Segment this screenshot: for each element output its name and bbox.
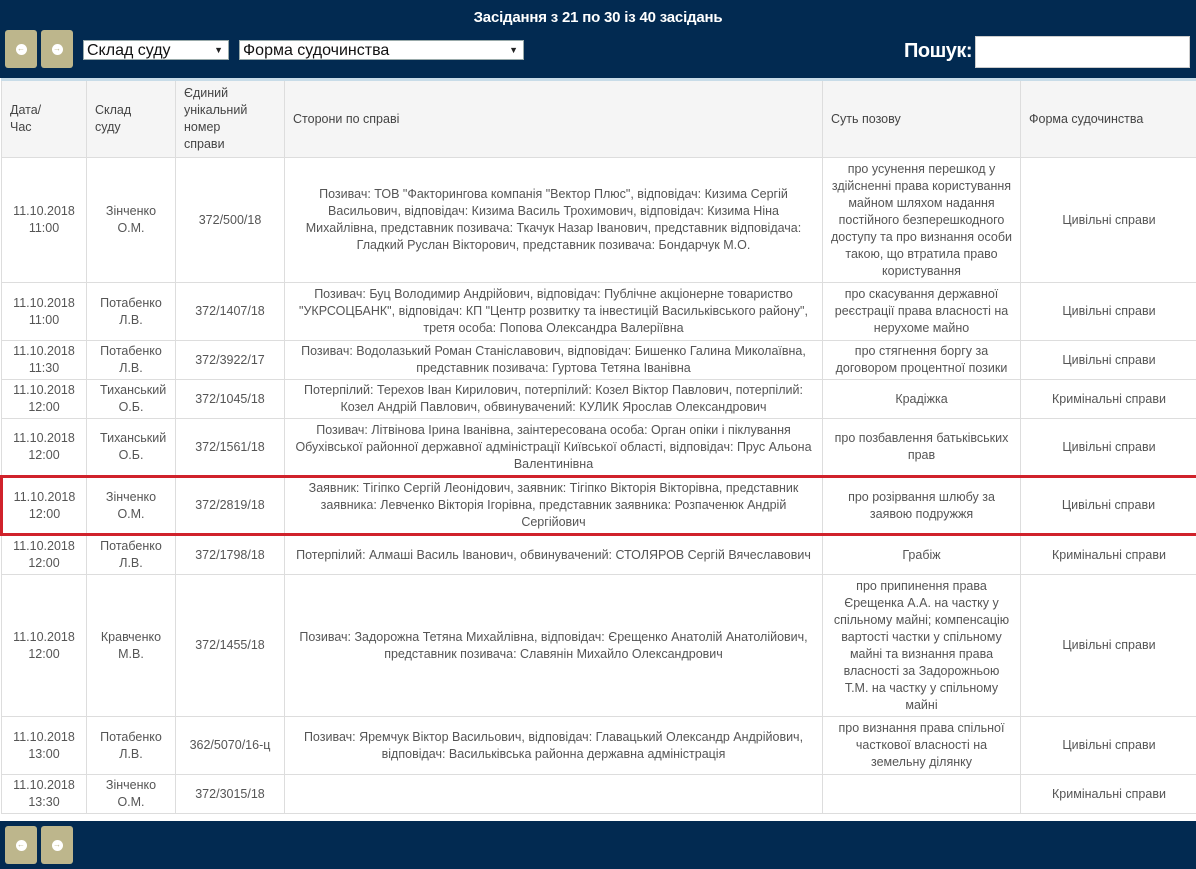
cell-case-number: 372/3922/17 [176,341,285,380]
cell-judge: Зінченко О.М. [87,775,176,814]
cell-form: Цивільні справи [1021,575,1196,717]
table-header-row: Дата/ Час Склад суду Єдиний унікальний н… [2,80,1196,158]
hearing-time: 12:00 [10,555,78,572]
hearing-date: 11.10.2018 [10,295,78,312]
hearing-date: 11.10.2018 [10,729,78,746]
cell-judge: Кравченко М.В. [87,575,176,717]
cell-date-time: 11.10.201811:30 [2,341,87,380]
cell-parties: Заявник: Тігіпко Сергій Леонідович, заяв… [285,477,823,535]
table-row[interactable]: 11.10.201811:00Зінченко О.М.372/500/18По… [2,158,1196,283]
cell-subject: про визнання права спільної часткової вл… [823,717,1021,775]
cell-parties: Позивач: Водолазький Роман Станіславович… [285,341,823,380]
cell-form: Цивільні справи [1021,283,1196,341]
hearing-time: 13:30 [10,794,78,811]
proceeding-form-select-value: Форма судочинства [243,42,389,59]
cell-parties: Позивач: Задорожна Тетяна Михайлівна, ві… [285,575,823,717]
cell-judge: Потабенко Л.В. [87,341,176,380]
cell-form: Цивільні справи [1021,158,1196,283]
cell-date-time: 11.10.201812:00 [2,477,87,535]
cell-case-number: 362/5070/16-ц [176,717,285,775]
next-page-button-bottom[interactable]: → [41,826,73,864]
hearing-time: 12:00 [10,646,78,663]
dropdown-arrow-icon: ▼ [509,41,518,60]
cell-date-time: 11.10.201812:00 [2,380,87,419]
cell-form: Кримінальні справи [1021,775,1196,814]
cell-subject: Грабіж [823,535,1021,575]
cell-judge: Потабенко Л.В. [87,717,176,775]
cell-judge: Тиханський О.Б. [87,419,176,477]
cell-case-number: 372/1407/18 [176,283,285,341]
next-page-button[interactable]: → [41,30,73,68]
table-row[interactable]: 11.10.201813:30Зінченко О.М.372/3015/18К… [2,775,1196,814]
cell-judge: Потабенко Л.В. [87,535,176,575]
arrow-left-circle-icon: ← [16,44,27,55]
cell-date-time: 11.10.201813:00 [2,717,87,775]
cell-form: Цивільні справи [1021,477,1196,535]
column-header-subject[interactable]: Суть позову [823,80,1021,158]
cell-subject: про припинення права Єрещенка А.А. на ча… [823,575,1021,717]
column-header-case-number[interactable]: Єдиний унікальний номер справи [176,80,285,158]
judge-name: Потабенко Л.В. [100,538,162,572]
table-row[interactable]: 11.10.201812:00Потабенко Л.В.372/1798/18… [2,535,1196,575]
cell-parties: Позивач: Літвінова Ірина Іванівна, заінт… [285,419,823,477]
cell-judge: Тиханський О.Б. [87,380,176,419]
judge-name: Потабенко Л.В. [100,729,162,763]
cell-date-time: 11.10.201812:00 [2,419,87,477]
cell-form: Цивільні справи [1021,419,1196,477]
judge-name: Потабенко Л.В. [100,343,162,377]
cell-case-number: 372/500/18 [176,158,285,283]
judge-name: Потабенко Л.В. [100,295,162,329]
cell-case-number: 372/3015/18 [176,775,285,814]
hearing-date: 11.10.2018 [10,629,78,646]
table-row[interactable]: 11.10.201812:00Тиханський О.Б.372/1045/1… [2,380,1196,419]
cell-parties: Позивач: Яремчук Віктор Васильович, відп… [285,717,823,775]
cell-parties [285,775,823,814]
cell-judge: Потабенко Л.В. [87,283,176,341]
hearings-table: Дата/ Час Склад суду Єдиний унікальний н… [0,78,1196,814]
cell-case-number: 372/2819/18 [176,477,285,535]
judge-name: Зінченко О.М. [100,489,162,523]
cell-form: Кримінальні справи [1021,535,1196,575]
prev-page-button-bottom[interactable]: ← [5,826,37,864]
arrow-left-circle-icon: ← [16,840,27,851]
hearing-date: 11.10.2018 [11,489,78,506]
column-header-judge[interactable]: Склад суду [87,80,176,158]
cell-subject: про усунення перешкод у здійсненні права… [823,158,1021,283]
cell-parties: Позивач: ТОВ "Факторингова компанія "Век… [285,158,823,283]
cell-form: Кримінальні справи [1021,380,1196,419]
court-composition-select-value: Склад суду [87,42,171,59]
top-toolbar: Засідання з 21 по 30 із 40 засідань ← → … [0,0,1196,78]
hearing-time: 12:00 [10,399,78,416]
table-body: 11.10.201811:00Зінченко О.М.372/500/18По… [2,158,1196,814]
cell-case-number: 372/1561/18 [176,419,285,477]
hearing-time: 11:00 [10,220,78,237]
cell-subject: про скасування державної реєстрації прав… [823,283,1021,341]
table-row[interactable]: 11.10.201812:00Тиханський О.Б.372/1561/1… [2,419,1196,477]
column-header-parties[interactable]: Сторони по справі [285,80,823,158]
hearing-date: 11.10.2018 [10,430,78,447]
hearing-time: 12:00 [10,447,78,464]
hearing-time: 11:00 [10,312,78,329]
cell-subject: про позбавлення батьківських прав [823,419,1021,477]
hearing-date: 11.10.2018 [10,777,78,794]
cell-parties: Потерпілий: Терехов Іван Кирилович, поте… [285,380,823,419]
judge-name: Зінченко О.М. [100,777,162,811]
cell-date-time: 11.10.201813:30 [2,775,87,814]
bottom-toolbar: ← → [0,821,1196,869]
column-header-date[interactable]: Дата/ Час [2,80,87,158]
pagination-title: Засідання з 21 по 30 із 40 засідань [0,9,1196,26]
table-row[interactable]: 11.10.201811:30Потабенко Л.В.372/3922/17… [2,341,1196,380]
cell-subject [823,775,1021,814]
cell-date-time: 11.10.201811:00 [2,158,87,283]
court-composition-select[interactable]: Склад суду ▼ [83,40,229,60]
cell-case-number: 372/1798/18 [176,535,285,575]
table-row[interactable]: 11.10.201813:00Потабенко Л.В.362/5070/16… [2,717,1196,775]
cell-subject: про стягнення боргу за договором процент… [823,341,1021,380]
hearings-table-container: Дата/ Час Склад суду Єдиний унікальний н… [0,78,1196,814]
judge-name: Тиханський О.Б. [100,382,162,416]
arrow-right-circle-icon: → [52,44,63,55]
hearing-date: 11.10.2018 [10,343,78,360]
hearing-time: 12:00 [11,506,78,523]
proceeding-form-select[interactable]: Форма судочинства ▼ [239,40,524,60]
hearing-date: 11.10.2018 [10,538,78,555]
prev-page-button[interactable]: ← [5,30,37,68]
judge-name: Тиханський О.Б. [100,430,162,464]
table-row[interactable]: 11.10.201811:00Потабенко Л.В.372/1407/18… [2,283,1196,341]
cell-judge: Зінченко О.М. [87,158,176,283]
judge-name: Зінченко О.М. [100,203,162,237]
cell-parties: Потерпілий: Алмаші Василь Іванович, обви… [285,535,823,575]
hearing-time: 13:00 [10,746,78,763]
search-input[interactable] [975,36,1190,68]
hearing-date: 11.10.2018 [10,382,78,399]
judge-name: Кравченко М.В. [100,629,162,663]
search-label: Пошук: [904,40,972,63]
cell-judge: Зінченко О.М. [87,477,176,535]
cell-case-number: 372/1455/18 [176,575,285,717]
cell-form: Цивільні справи [1021,341,1196,380]
cell-date-time: 11.10.201812:00 [2,535,87,575]
cell-date-time: 11.10.201811:00 [2,283,87,341]
cell-form: Цивільні справи [1021,717,1196,775]
table-row[interactable]: 11.10.201812:00Зінченко О.М.372/2819/18З… [2,477,1196,535]
cell-subject: про розірвання шлюбу за заявою подружжя [823,477,1021,535]
cell-subject: Крадіжка [823,380,1021,419]
hearing-time: 11:30 [10,360,78,377]
cell-date-time: 11.10.201812:00 [2,575,87,717]
cell-parties: Позивач: Буц Володимир Андрійович, відпо… [285,283,823,341]
cell-case-number: 372/1045/18 [176,380,285,419]
arrow-right-circle-icon: → [52,840,63,851]
dropdown-arrow-icon: ▼ [214,41,223,60]
table-row[interactable]: 11.10.201812:00Кравченко М.В.372/1455/18… [2,575,1196,717]
column-header-form[interactable]: Форма судочинства [1021,80,1196,158]
hearing-date: 11.10.2018 [10,203,78,220]
